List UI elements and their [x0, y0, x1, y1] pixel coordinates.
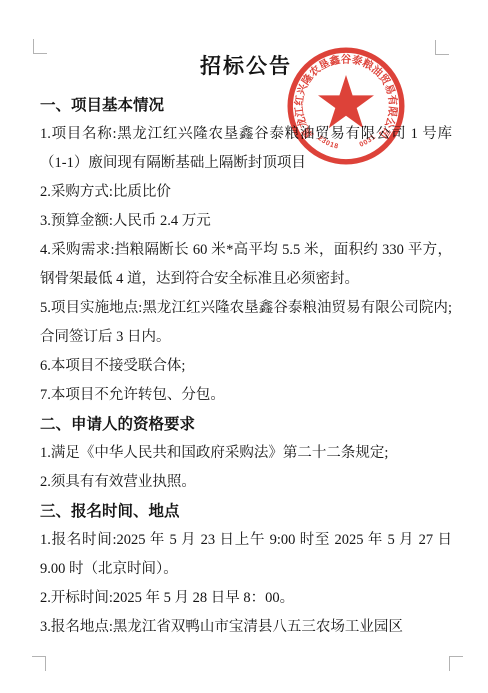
item-registration-place: 3.报名地点:黑龙江省双鸭山市宝清县八五三农场工业园区: [40, 613, 452, 642]
item-business-license: 2.须具有有效营业执照。: [40, 468, 452, 497]
section-heading-applicant-qualifications: 二、申请人的资格要求: [40, 410, 452, 439]
section-heading-project-info: 一、项目基本情况: [40, 91, 452, 120]
item-no-consortium: 6.本项目不接受联合体;: [40, 352, 452, 381]
item-registration-time: 1.报名时间:2025 年 5 月 23 日上午 9:00 时至 2025 年 …: [40, 526, 452, 584]
item-no-subcontracting: 7.本项目不允许转包、分包。: [40, 381, 452, 410]
item-qualification-law: 1.满足《中华人民共和国政府采购法》第二十二条规定;: [40, 439, 452, 468]
document-page: 招标公告 一、项目基本情况 1.项目名称:黑龙江红兴隆农垦鑫谷泰粮油贸易有限公司…: [0, 0, 488, 693]
item-procurement-method: 2.采购方式:比质比价: [40, 178, 452, 207]
crop-mark-bottom-right: [449, 656, 463, 671]
crop-mark-bottom-left: [32, 656, 46, 671]
item-project-name: 1.项目名称:黑龙江红兴隆农垦鑫谷泰粮油贸易有限公司 1 号库（1-1）廒间现有…: [40, 120, 452, 178]
item-budget-amount: 3.预算金额:人民币 2.4 万元: [40, 207, 452, 236]
item-implementation-location: 5.项目实施地点:黑龙江红兴隆农垦鑫谷泰粮油贸易有限公司院内;合同签订后 3 日…: [40, 294, 452, 352]
item-bid-opening-time: 2.开标时间:2025 年 5 月 28 日早 8：00。: [40, 584, 452, 613]
item-procurement-requirements: 4.采购需求:挡粮隔断长 60 米*高平均 5.5 米，面积约 330 平方，钢…: [40, 236, 452, 294]
page-title: 招标公告: [40, 52, 452, 82]
document-content: 招标公告 一、项目基本情况 1.项目名称:黑龙江红兴隆农垦鑫谷泰粮油贸易有限公司…: [40, 52, 452, 642]
section-heading-registration-time-place: 三、报名时间、地点: [40, 497, 452, 526]
